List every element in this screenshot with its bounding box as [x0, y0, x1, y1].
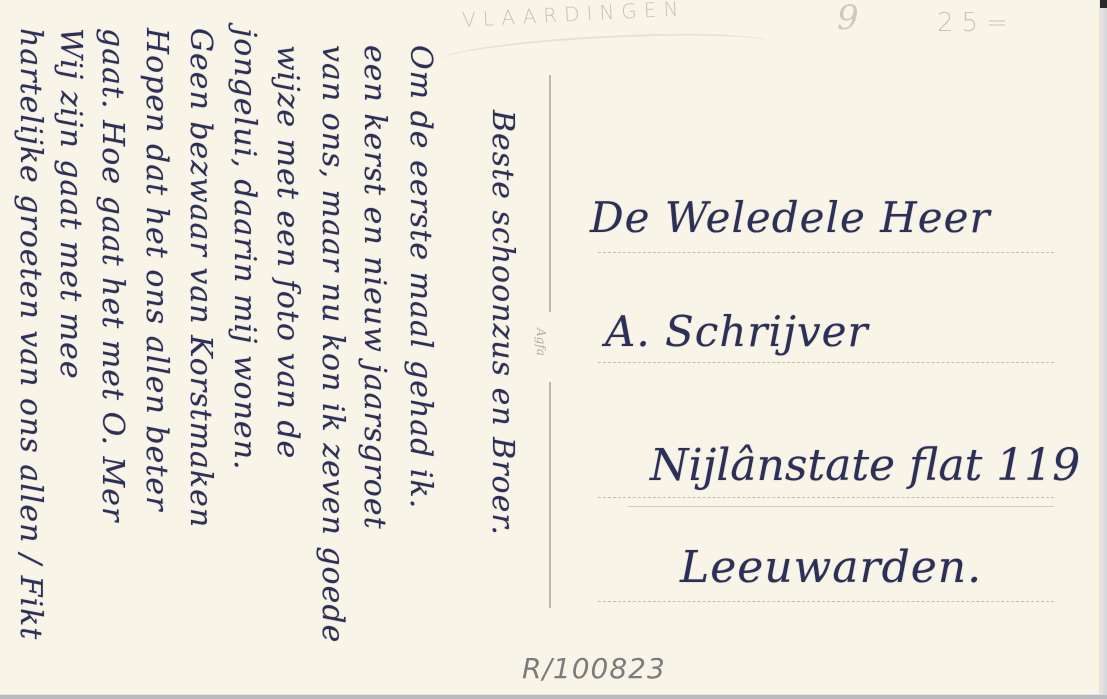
address-salutation: De Weledele Heer: [590, 193, 991, 242]
address-rule-4: [598, 601, 1054, 602]
scan-right-edge: [1100, 0, 1107, 699]
archive-number: R/100823: [522, 652, 666, 685]
handwritten-message: Beste schoonzus en Broer. Om de eerste m…: [0, 0, 540, 695]
message-line: een kerst en nieuw jaarsgroet: [357, 45, 392, 530]
message-line: wijze met een foto van de: [270, 45, 305, 459]
message-line: gaat. Hoe gaat het met O. Mer: [95, 28, 130, 522]
address-recipient-name: A. Schrijver: [605, 307, 869, 356]
scan-bottom-edge: [0, 695, 1107, 699]
message-line: hartelijke groeten van ons allen / Fikt: [13, 28, 48, 640]
message-line: Geen bezwaar van Korstmaken: [183, 28, 218, 528]
address-rule-1: [598, 252, 1054, 253]
address-rule-2: [598, 362, 1054, 363]
scan-corner: [1100, 0, 1107, 8]
message-line: van ons, maar nu kon ik zeven goede: [315, 45, 350, 643]
message-line: Wij zijn gaat met mee: [53, 28, 88, 380]
address-street: Nijlânstate flat 119: [650, 440, 1080, 491]
message-line: Beste schoonzus en Broer.: [485, 110, 520, 536]
address-rule-3-underline: [628, 506, 1054, 507]
message-line: Om de eerste maal gehad ik.: [403, 45, 438, 509]
message-line: Hopen dat het ons allen beter: [139, 28, 174, 512]
address-city: Leeuwarden.: [680, 542, 982, 593]
pencil-price-note: 25=: [937, 8, 1016, 38]
address-rule-3: [598, 497, 1054, 498]
postcard-back: VLAARDINGEN 9 25= Agfa De Weledele Heer …: [0, 0, 1100, 695]
pencil-item-number: 9: [837, 0, 865, 38]
message-line: jongelui, daarin mij wonen.: [227, 28, 262, 471]
